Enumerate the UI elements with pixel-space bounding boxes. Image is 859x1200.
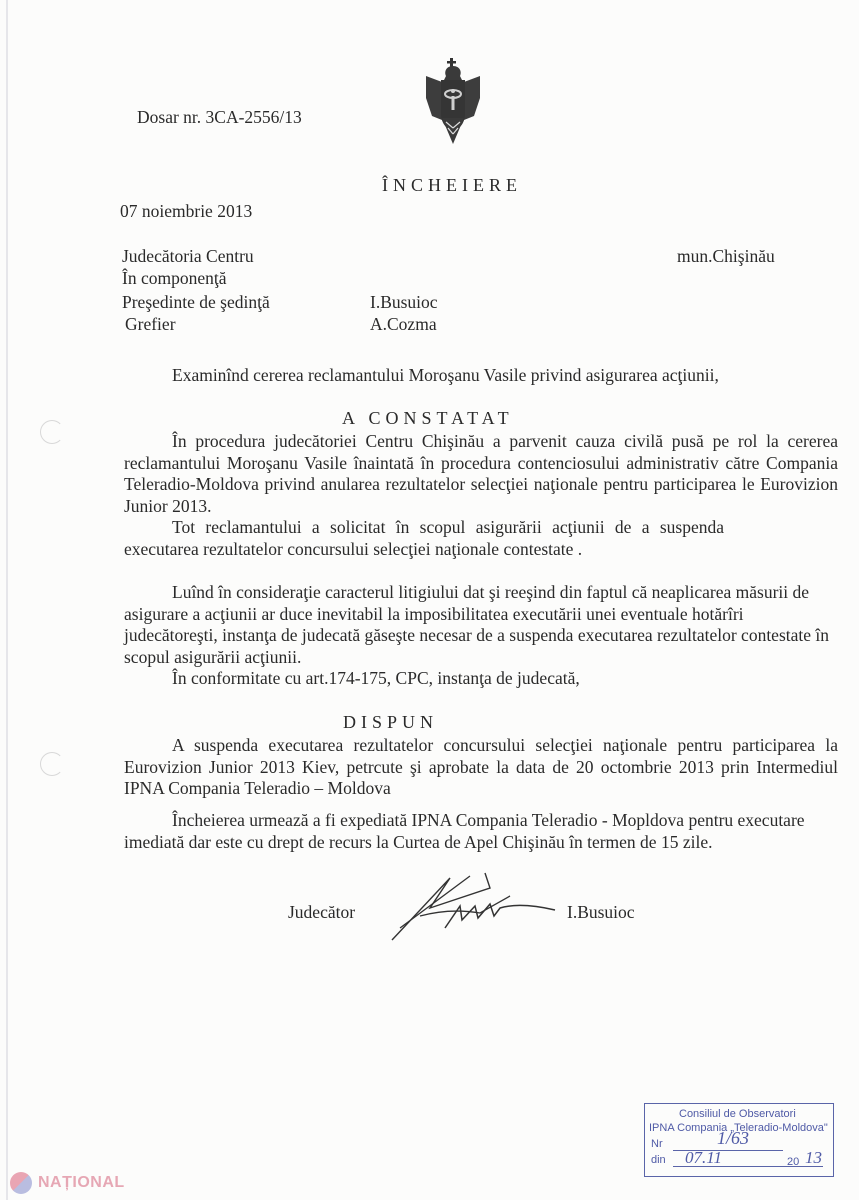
stamp-year-value: 13: [805, 1148, 822, 1168]
presiding-label: Preşedinte de şedinţă: [122, 292, 270, 313]
punch-hole: [40, 420, 64, 444]
coat-of-arms-icon: [422, 58, 484, 144]
paragraph: Încheierea urmează a fi expediată IPNA C…: [124, 810, 838, 853]
stamp-line-1: Consiliul de Observatori: [679, 1108, 796, 1120]
intro-paragraph: Examinînd cererea reclamantului Moroşanu…: [124, 365, 838, 387]
watermark: NAȚIONAL: [10, 1172, 125, 1194]
clerk-name: A.Cozma: [370, 314, 437, 335]
court-name: Judecătoria Centru: [122, 246, 254, 267]
paragraph: Luînd în consideraţie caracterul litigiu…: [124, 582, 838, 668]
document-title: ÎNCHEIERE: [382, 175, 522, 196]
clerk-label: Grefier: [125, 314, 176, 335]
composition-label: În componenţă: [122, 268, 226, 289]
scan-edge: [6, 0, 8, 1200]
paragraph: În procedura judecătoriei Centru Chişină…: [124, 431, 838, 517]
court-location: mun.Chişinău: [677, 246, 775, 267]
watermark-text: NAȚIONAL: [38, 1174, 125, 1192]
stamp-din-value: 07.11: [685, 1148, 722, 1168]
national-logo-icon: [10, 1172, 32, 1194]
stamp-nr-label: Nr: [651, 1138, 663, 1150]
section-heading-dispun: DISPUN: [343, 712, 438, 733]
document-date: 07 noiembrie 2013: [120, 201, 252, 222]
punch-hole: [40, 752, 64, 776]
signature-mark-icon: [390, 868, 580, 948]
judge-name: I.Busuioc: [567, 902, 635, 923]
paragraph: În conformitate cu art.174-175, CPC, ins…: [124, 668, 838, 690]
stamp-year-prefix: 20: [787, 1156, 799, 1168]
signature-role: Judecător: [288, 902, 355, 923]
paragraph: A suspenda executarea rezultatelor concu…: [124, 735, 838, 800]
section-heading-constatat: A CONSTATAT: [342, 408, 514, 429]
registration-stamp: Consiliul de Observatori IPNA Compania „…: [644, 1103, 834, 1177]
stamp-nr-value: 1/63: [717, 1128, 749, 1149]
case-number: Dosar nr. 3CA-2556/13: [137, 107, 302, 128]
paragraph: Tot reclamantului a solicitat în scopul …: [124, 517, 724, 560]
presiding-name: I.Busuioc: [370, 292, 438, 313]
stamp-din-label: din: [651, 1154, 666, 1166]
